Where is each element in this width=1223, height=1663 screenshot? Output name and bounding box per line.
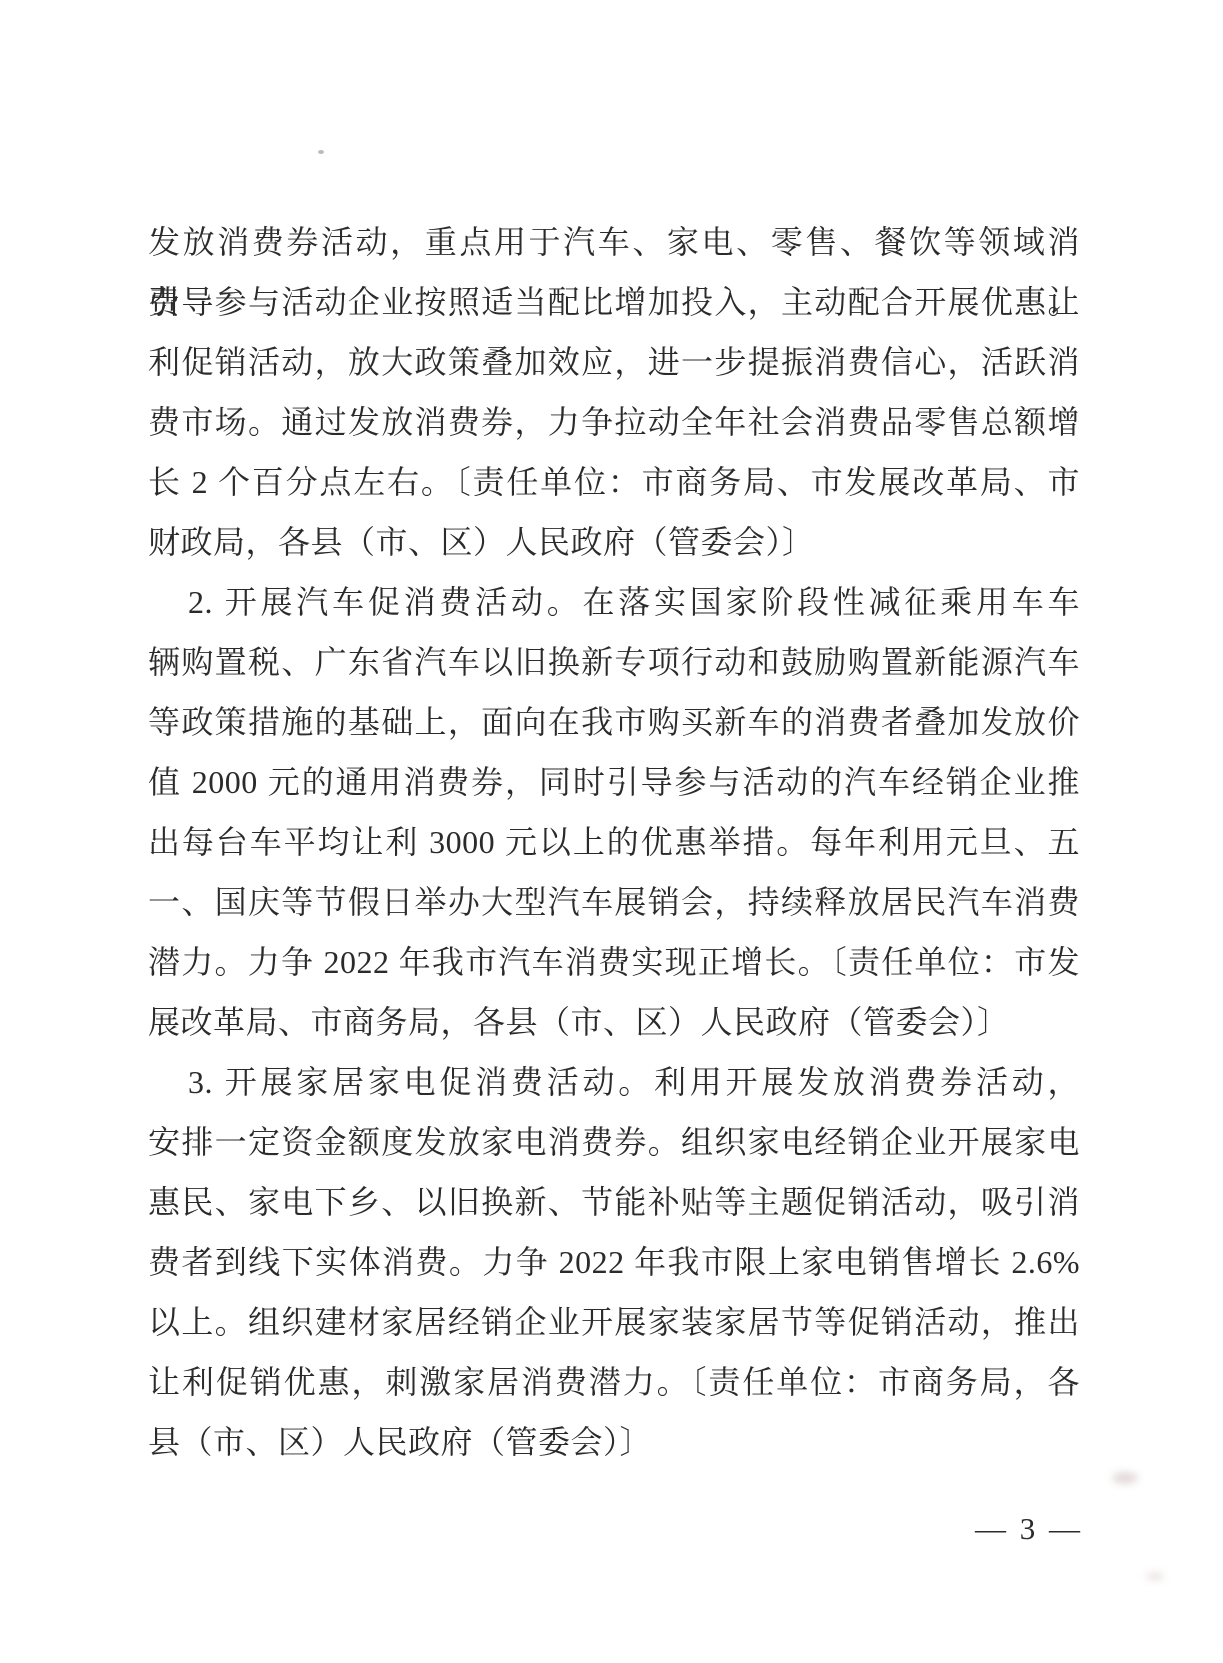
text-line: 安排一定资金额度发放家电消费券。组织家电经销企业开展家电 — [148, 1112, 1080, 1172]
scan-artifact-smudge — [1146, 1572, 1164, 1581]
text-line: 值 2000 元的通用消费券，同时引导参与活动的汽车经销企业推 — [148, 752, 1080, 812]
document-body-text: 发放消费券活动，重点用于汽车、家电、零售、餐饮等领域消费。引导参与活动企业按照适… — [148, 212, 1080, 1472]
text-line: 3. 开展家居家电促消费活动。利用开展发放消费券活动， — [148, 1052, 1080, 1112]
text-line: 让利促销优惠，刺激家居消费潜力。〔责任单位：市商务局，各 — [148, 1352, 1080, 1412]
text-line: 出每台车平均让利 3000 元以上的优惠举措。每年利用元旦、五 — [148, 812, 1080, 872]
document-page: 发放消费券活动，重点用于汽车、家电、零售、餐饮等领域消费。引导参与活动企业按照适… — [0, 0, 1223, 1663]
text-line: 惠民、家电下乡、以旧换新、节能补贴等主题促销活动，吸引消 — [148, 1172, 1080, 1232]
text-line: 财政局，各县（市、区）人民政府（管委会）〕 — [148, 512, 1080, 572]
text-line: 2. 开展汽车促消费活动。在落实国家阶段性减征乘用车车 — [148, 572, 1080, 632]
text-line: 县（市、区）人民政府（管委会）〕 — [148, 1412, 1080, 1472]
text-line: 引导参与活动企业按照适当配比增加投入，主动配合开展优惠让 — [148, 272, 1080, 332]
text-line: 费者到线下实体消费。力争 2022 年我市限上家电销售增长 2.6% — [148, 1232, 1080, 1292]
text-line: 费市场。通过发放消费券，力争拉动全年社会消费品零售总额增 — [148, 392, 1080, 452]
text-line: 一、国庆等节假日举办大型汽车展销会，持续释放居民汽车消费 — [148, 872, 1080, 932]
scan-artifact-smudge — [1112, 1472, 1138, 1484]
text-line: 以上。组织建材家居经销企业开展家装家居节等促销活动，推出 — [148, 1292, 1080, 1352]
text-line: 辆购置税、广东省汽车以旧换新专项行动和鼓励购置新能源汽车 — [148, 632, 1080, 692]
text-line: 潜力。力争 2022 年我市汽车消费实现正增长。〔责任单位：市发 — [148, 932, 1080, 992]
scan-artifact-dot — [318, 150, 324, 154]
text-line: 发放消费券活动，重点用于汽车、家电、零售、餐饮等领域消费。 — [148, 212, 1080, 272]
page-number: — 3 — — [975, 1512, 1083, 1546]
text-line: 长 2 个百分点左右。〔责任单位：市商务局、市发展改革局、市 — [148, 452, 1080, 512]
text-line: 利促销活动，放大政策叠加效应，进一步提振消费信心，活跃消 — [148, 332, 1080, 392]
text-line: 等政策措施的基础上，面向在我市购买新车的消费者叠加发放价 — [148, 692, 1080, 752]
text-line: 展改革局、市商务局，各县（市、区）人民政府（管委会）〕 — [148, 992, 1080, 1052]
